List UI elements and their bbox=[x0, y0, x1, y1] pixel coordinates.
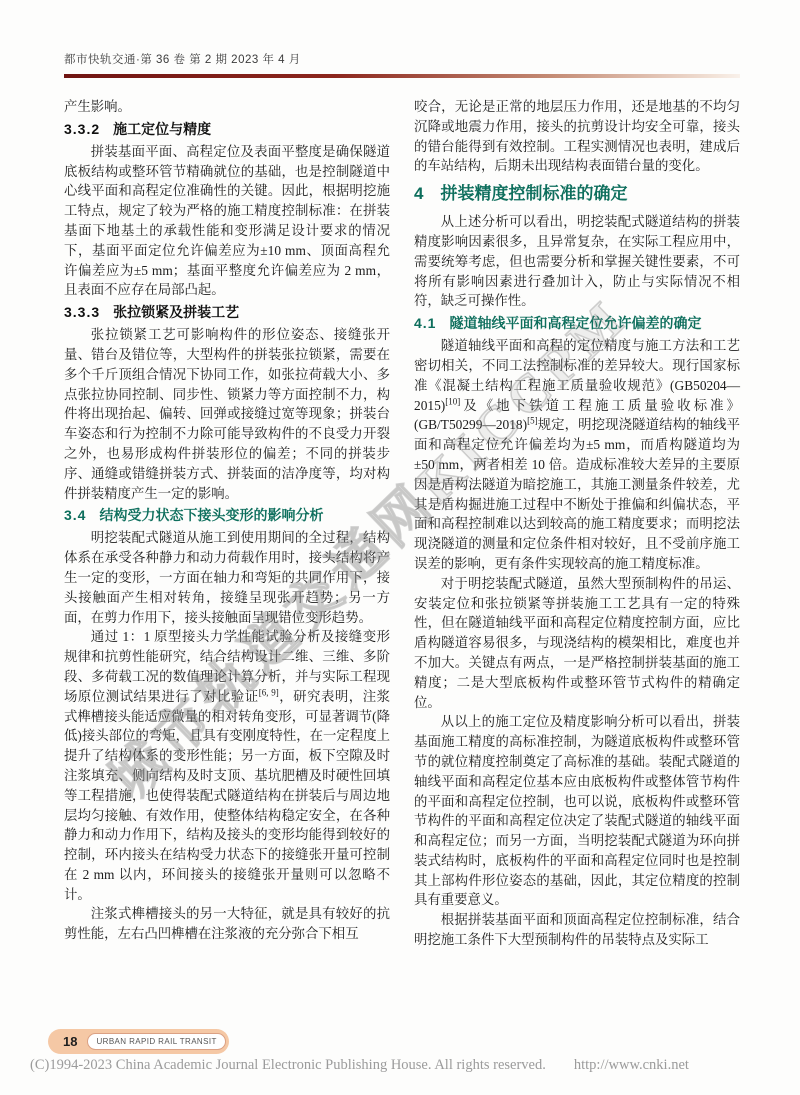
left-column: 产生影响。3.3.2施工定位与精度拼装基面平面、高程定位及表面平整度是确保隧道底… bbox=[64, 97, 390, 950]
section-heading: 4拼装精度控制标准的确定 bbox=[414, 176, 740, 212]
page-number: 18 bbox=[48, 1034, 87, 1049]
section-heading: 3.3.2施工定位与精度 bbox=[64, 117, 390, 142]
section-heading: 3.3.3张拉锁紧及拼装工艺 bbox=[64, 300, 390, 325]
journal-name-english: URBAN RAPID RAIL TRANSIT bbox=[87, 1033, 225, 1050]
section-heading: 4.1隧道轴线平面和高程定位允许偏差的确定 bbox=[414, 311, 740, 336]
copyright-text: (C)1994-2023 China Academic Journal Elec… bbox=[30, 1057, 546, 1073]
journal-page: 都市快轨交通·第 36 卷 第 2 期 2023 年 4 月 城市轨道交通网KI… bbox=[0, 0, 800, 1095]
right-column: 咬合，无论是正常的地层压力作用，还是地基的不均匀沉降或地震力作用，接头的抗剪设计… bbox=[414, 97, 740, 950]
paragraph: 从以上的施工定位及精度影响分析可以看出，拼装基面施工精度的高标准控制，为隧道底板… bbox=[414, 712, 740, 910]
paragraph: 通过 1：1 原型接头力学性能试验分析及接缝变形规律和抗剪性能研究，结合结构设计… bbox=[64, 627, 390, 904]
paragraph: 从上述分析可以看出，明挖装配式隧道结构的拼装精度影响因素很多，且异常复杂，在实际… bbox=[414, 212, 740, 311]
paragraph: 根据拼装基面平面和顶面高程定位控制标准，结合明挖施工条件下大型预制构件的吊装特点… bbox=[414, 910, 740, 950]
copyright-line: (C)1994-2023 China Academic Journal Elec… bbox=[30, 1057, 790, 1074]
article-body: 产生影响。3.3.2施工定位与精度拼装基面平面、高程定位及表面平整度是确保隧道底… bbox=[64, 97, 740, 950]
section-heading: 3.4结构受力状态下接头变形的影响分析 bbox=[64, 503, 390, 528]
paragraph: 拼装基面平面、高程定位及表面平整度是确保隧道底板结构或整环管节精确就位的基础，也… bbox=[64, 142, 390, 300]
paragraph: 产生影响。 bbox=[64, 97, 390, 117]
paragraph: 咬合，无论是正常的地层压力作用，还是地基的不均匀沉降或地震力作用，接头的抗剪设计… bbox=[414, 97, 740, 176]
journal-header-info: 都市快轨交通·第 36 卷 第 2 期 2023 年 4 月 bbox=[64, 51, 301, 67]
paragraph: 隧道轴线平面和高程的定位精度与施工方法和工艺密切相关，不同工法控制标准的差异较大… bbox=[414, 336, 740, 574]
paragraph: 明挖装配式隧道从施工到使用期间的全过程，结构体系在承受各种静力和动力荷载作用时，… bbox=[64, 528, 390, 627]
page-footer-badge: 18 URBAN RAPID RAIL TRANSIT bbox=[48, 1029, 229, 1054]
paragraph: 张拉锁紧工艺可影响构件的形位姿态、接缝张开量、错台及错位等，大型构件的拼装张拉锁… bbox=[64, 325, 390, 503]
cnki-url: http://www.cnki.net bbox=[574, 1057, 689, 1073]
header-rule bbox=[64, 74, 740, 78]
paragraph: 对于明挖装配式隧道，虽然大型预制构件的吊运、安装定位和张拉锁紧等拼装施工工艺具有… bbox=[414, 574, 740, 713]
paragraph: 注浆式榫槽接头的另一大特征，就是具有较好的抗剪性能，左右凸凹榫槽在注浆液的充分弥… bbox=[64, 904, 390, 944]
